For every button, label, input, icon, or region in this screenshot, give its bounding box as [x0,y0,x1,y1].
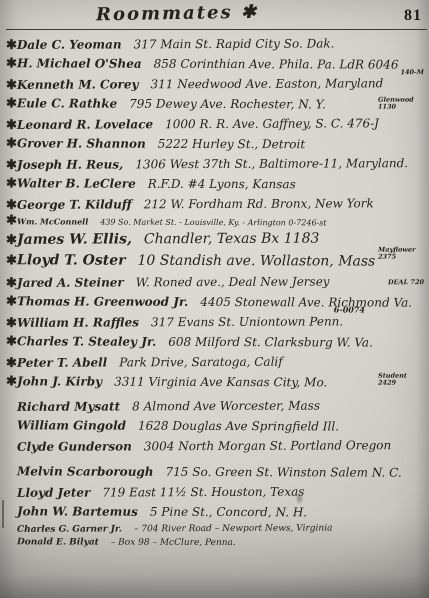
entry-address: 5222 Hurley St., Detroit [158,137,306,152]
list-item: ✱John J. Kirby3311 Virginia Ave Kansas C… [6,371,425,392]
list-item: ✱Jared A. SteinerW. Roned ave., Deal New… [6,271,425,293]
entry-address: – Box 98 – McClure, Penna. [111,538,236,548]
entry-name: Dale C. Yeoman [17,37,122,51]
entry-phone-note: Student 2429 [378,373,424,387]
list-item: ✱James W. Ellis,Chandler, Texas Bx 1183 [6,228,425,251]
entry-address: 715 So. Green St. Winston Salem N. C. [166,465,402,480]
entry-name: William Gingold [17,418,126,432]
entry-phone-note: Glenwood 1130 [378,97,424,111]
entry-address: 311 Needwood Ave. Easton, Maryland [150,76,383,91]
entry-address: 1628 Douglas Ave Springfield Ill. [138,419,339,434]
entry-name: Kenneth M. Corey [17,77,139,92]
entry-name: Lloyd T. Oster [17,252,126,268]
entry-name: Eule C. Rathke [17,96,117,110]
list-item: Richard Mysatt8 Almond Ave Worcester, Ma… [6,395,425,417]
list-item: ✱William H. Raffles317 Evans St. Unionto… [6,311,425,333]
entry-name: Richard Mysatt [17,399,120,413]
entry-address: 4405 Stonewall Ave. Richmond Va. [200,295,412,310]
asterisk-marker-icon: ✱ [6,213,17,228]
entry-name: George T. Kilduff [17,197,132,212]
entry-name: Lloyd Jeter [17,486,90,500]
entry-address: 3004 North Morgan St. Portland Oregon [144,438,391,453]
asterisk-marker-icon: ✱ [6,230,17,251]
entry-address: 212 W. Fordham Rd. Bronx, New York [144,196,374,211]
list-item: ✱Dale C. Yeoman317 Main St. Rapid City S… [6,33,425,55]
list-item: ✱H. Michael O'Shea858 Corinthian Ave. Ph… [6,53,425,74]
entry-address: R.F.D. #4 Lyons, Kansas [148,177,296,192]
list-item: Clyde Gunderson3004 North Morgan St. Por… [6,435,425,457]
entry-address: Chandler, Texas Bx 1183 [144,231,320,248]
entry-address: 795 Dewey Ave. Rochester, N. Y. [129,97,326,112]
entry-address: 317 Evans St. Uniontown Penn. [151,314,343,329]
asterisk-marker-icon: ✱ [6,134,17,154]
entry-name: Charles G. Garner Jr. [17,524,122,534]
entry-name: Clyde Gunderson [17,439,132,454]
pencil-margin-stroke [2,500,4,528]
entry-name: John J. Kirby [17,374,102,388]
entry-address: 8 Almond Ave Worcester, Mass [132,399,320,414]
asterisk-marker-icon: ✱ [6,372,17,392]
entry-name: Walter B. LeClere [17,176,136,190]
entry-name: Thomas H. Greenwood Jr. [17,294,188,309]
roommates-list: ✱Dale C. Yeoman317 Main St. Rapid City S… [6,34,425,550]
entry-name: Melvin Scarborough [17,464,154,478]
entry-address: Park Drive, Saratoga, Calif [119,355,283,370]
entry-address: 439 So. Market St. - Louisville, Ky. - A… [100,218,326,228]
list-item: ✱Charles T. Stealey Jr.608 Milford St. C… [6,331,425,352]
list-item: ✱Lloyd T. Oster10 Standish ave. Wollasto… [6,249,425,272]
entry-name: Jared A. Steiner [17,275,124,289]
paper-stain [295,492,304,505]
entry-address: W. Roned ave., Deal New Jersey [136,275,330,290]
asterisk-marker-icon: ✱ [6,174,17,194]
entry-address: 10 Standish ave. Wollaston, Mass [137,253,375,270]
entry-address: 5 Pine St., Concord, N. H. [150,505,307,520]
list-item: ✱Walter B. LeClereR.F.D. #4 Lyons, Kansa… [6,173,425,194]
scanned-ledger-page: Roommates ✱ 81 ✱Dale C. Yeoman317 Main S… [0,0,429,598]
header-underline [6,29,427,30]
entry-name: Grover H. Shannon [17,136,146,150]
entry-address: 858 Corinthian Ave. Phila. Pa. LdR 6046 [154,57,399,72]
entry-name: James W. Ellis, [17,231,132,248]
entry-address: 1000 R. R. Ave. Gaffney, S. C. 476-J [165,116,379,131]
entry-address: 608 Milford St. Clarksburg W. Va. [168,335,373,350]
entry-name: Donald E. Bilyat [17,537,99,547]
list-item: ✱Thomas H. Greenwood Jr.4405 Stonewall A… [6,291,425,312]
entry-name: Charles T. Stealey Jr. [17,334,156,348]
entry-name: John W. Bartemus [17,504,138,518]
list-item: ✱Peter T. AbellPark Drive, Saratoga, Cal… [6,351,425,373]
asterisk-marker-icon: ✱ [6,250,17,272]
list-item: Lloyd Jeter719 East 11½ St. Houston, Tex… [6,481,425,503]
asterisk-marker-icon: ✱ [6,292,17,312]
entry-address: 1306 West 37th St., Baltimore-11, Maryla… [135,156,408,171]
asterisk-marker-icon: ✱ [6,94,17,114]
entry-name: Peter T. Abell [17,355,107,369]
list-item: Donald E. Bilyat– Box 98 – McClure, Penn… [6,535,425,550]
page-header: Roommates ✱ 81 [0,0,429,32]
page-title: Roommates ✱ [96,2,258,26]
list-item: Melvin Scarborough715 So. Green St. Wins… [6,461,425,482]
list-item: ✱Leonard R. Lovelace1000 R. R. Ave. Gaff… [6,113,425,135]
entry-name: Leonard R. Lovelace [17,117,153,132]
list-item: ✱Kenneth M. Corey311 Needwood Ave. Easto… [6,73,425,95]
page-number: 81 [404,7,422,25]
entry-phone-note: DEAL 720 [388,279,424,286]
asterisk-marker-icon: ✱ [6,332,17,352]
asterisk-marker-icon: ✱ [6,54,17,74]
entry-address: 719 East 11½ St. Houston, Texas [102,485,304,500]
entry-address: – 704 River Road – Newport News, Virgini… [134,523,333,534]
list-item: ✱George T. Kilduff212 W. Fordham Rd. Bro… [6,193,425,215]
entry-name: Wm. McConnell [17,216,88,226]
entry-name: William H. Raffles [17,315,139,330]
entry-address: 3311 Virginia Ave Kansas City, Mo. [114,375,327,390]
list-item: ✱Joseph H. Reus,1306 West 37th St., Balt… [6,153,425,175]
list-item: William Gingold1628 Douglas Ave Springfi… [6,415,425,436]
list-item: John W. Bartemus5 Pine St., Concord, N. … [6,501,425,522]
list-item: ✱Wm. McConnell439 So. Market St. - Louis… [6,213,425,229]
entry-name: H. Michael O'Shea [17,56,142,70]
entry-name: Joseph H. Reus, [17,157,123,171]
entry-address: 317 Main St. Rapid City So. Dak. [134,36,335,51]
entry-phone-note: Mayflower 2375 [378,247,424,261]
list-item: ✱Eule C. Rathke795 Dewey Ave. Rochester,… [6,93,425,114]
list-item: ✱Grover H. Shannon5222 Hurley St., Detro… [6,133,425,154]
entry-phone-note: 140-M [400,69,423,76]
